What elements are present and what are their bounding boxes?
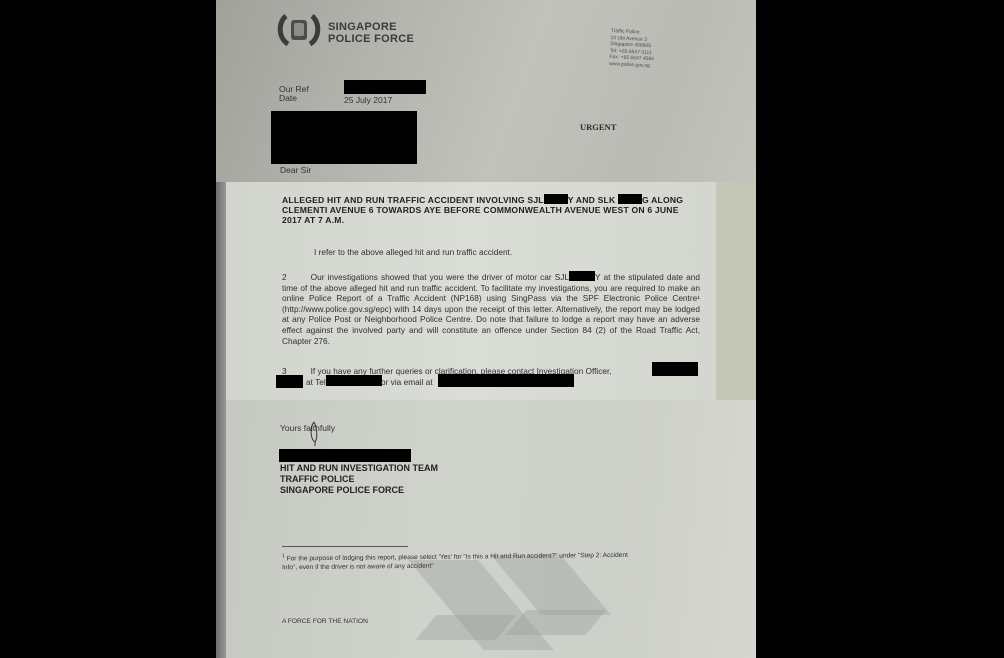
middle-fold-edge bbox=[716, 182, 756, 400]
police-crest-icon bbox=[276, 12, 322, 48]
redacted-plate bbox=[544, 194, 568, 204]
redacted-officer-name bbox=[652, 362, 698, 376]
redacted-officer-name bbox=[276, 375, 303, 388]
redacted-signatory bbox=[279, 449, 411, 462]
footnote-marker: 1 bbox=[282, 553, 285, 559]
org-name-line1: SINGAPORE bbox=[328, 21, 414, 33]
paragraph-2-body: date and time of the above alleged hit a… bbox=[282, 272, 700, 346]
redacted-phone bbox=[326, 375, 382, 386]
date-value: 25 July 2017 bbox=[344, 95, 392, 105]
org-name-line2: POLICE FORCE bbox=[328, 33, 414, 45]
ref-labels: Our Ref Date bbox=[279, 85, 309, 103]
subject-line2: CLEMENTI AVENUE 6 TOWARDS AYE BEFORE COM… bbox=[282, 205, 700, 215]
email-label: or via email at bbox=[381, 377, 433, 388]
redacted-plate bbox=[618, 194, 642, 204]
org-name: SINGAPORE POLICE FORCE bbox=[328, 21, 414, 45]
paragraph-1: I refer to the above alleged hit and run… bbox=[314, 247, 512, 258]
letter-page: SINGAPORE POLICE FORCE Traffic Police 10… bbox=[216, 0, 756, 658]
tel-label: at Tel bbox=[306, 377, 326, 388]
salutation: Dear Sir bbox=[280, 165, 311, 175]
redacted-ref bbox=[344, 80, 426, 94]
address-block: Traffic Police 10 Ubi Avenue 3 Singapore… bbox=[609, 28, 656, 70]
subject-part2: Y AND SLK bbox=[568, 195, 616, 205]
team-name: HIT AND RUN INVESTIGATION TEAM bbox=[280, 463, 438, 474]
paragraph-number: 2 bbox=[282, 272, 287, 282]
footnote-divider bbox=[282, 546, 408, 547]
footer-motto: A FORCE FOR THE NATION bbox=[282, 618, 368, 625]
date-label: Date bbox=[279, 94, 309, 103]
subject-part3: G ALONG bbox=[642, 195, 683, 205]
signature-mark bbox=[308, 420, 324, 446]
redacted-email bbox=[438, 374, 574, 387]
subject-part1: ALLEGED HIT AND RUN TRAFFIC ACCIDENT INV… bbox=[282, 195, 544, 205]
paragraph-2-cont: Y at the stipulated bbox=[595, 272, 664, 282]
redacted-address bbox=[271, 111, 417, 164]
unit-name: TRAFFIC POLICE bbox=[280, 474, 438, 485]
paper-edge-shadow bbox=[216, 182, 226, 658]
paragraph-2: 2Our investigations showed that you were… bbox=[282, 271, 700, 346]
redacted-plate bbox=[569, 271, 595, 281]
subject-line3: 2017 AT 7 A.M. bbox=[282, 215, 700, 225]
org-name-sign: SINGAPORE POLICE FORCE bbox=[280, 485, 438, 496]
signature-block: HIT AND RUN INVESTIGATION TEAM TRAFFIC P… bbox=[280, 463, 438, 496]
subject-heading: ALLEGED HIT AND RUN TRAFFIC ACCIDENT INV… bbox=[282, 194, 700, 225]
urgent-label: URGENT bbox=[580, 122, 616, 132]
paragraph-2-start: Our investigations showed that you were … bbox=[311, 272, 569, 282]
